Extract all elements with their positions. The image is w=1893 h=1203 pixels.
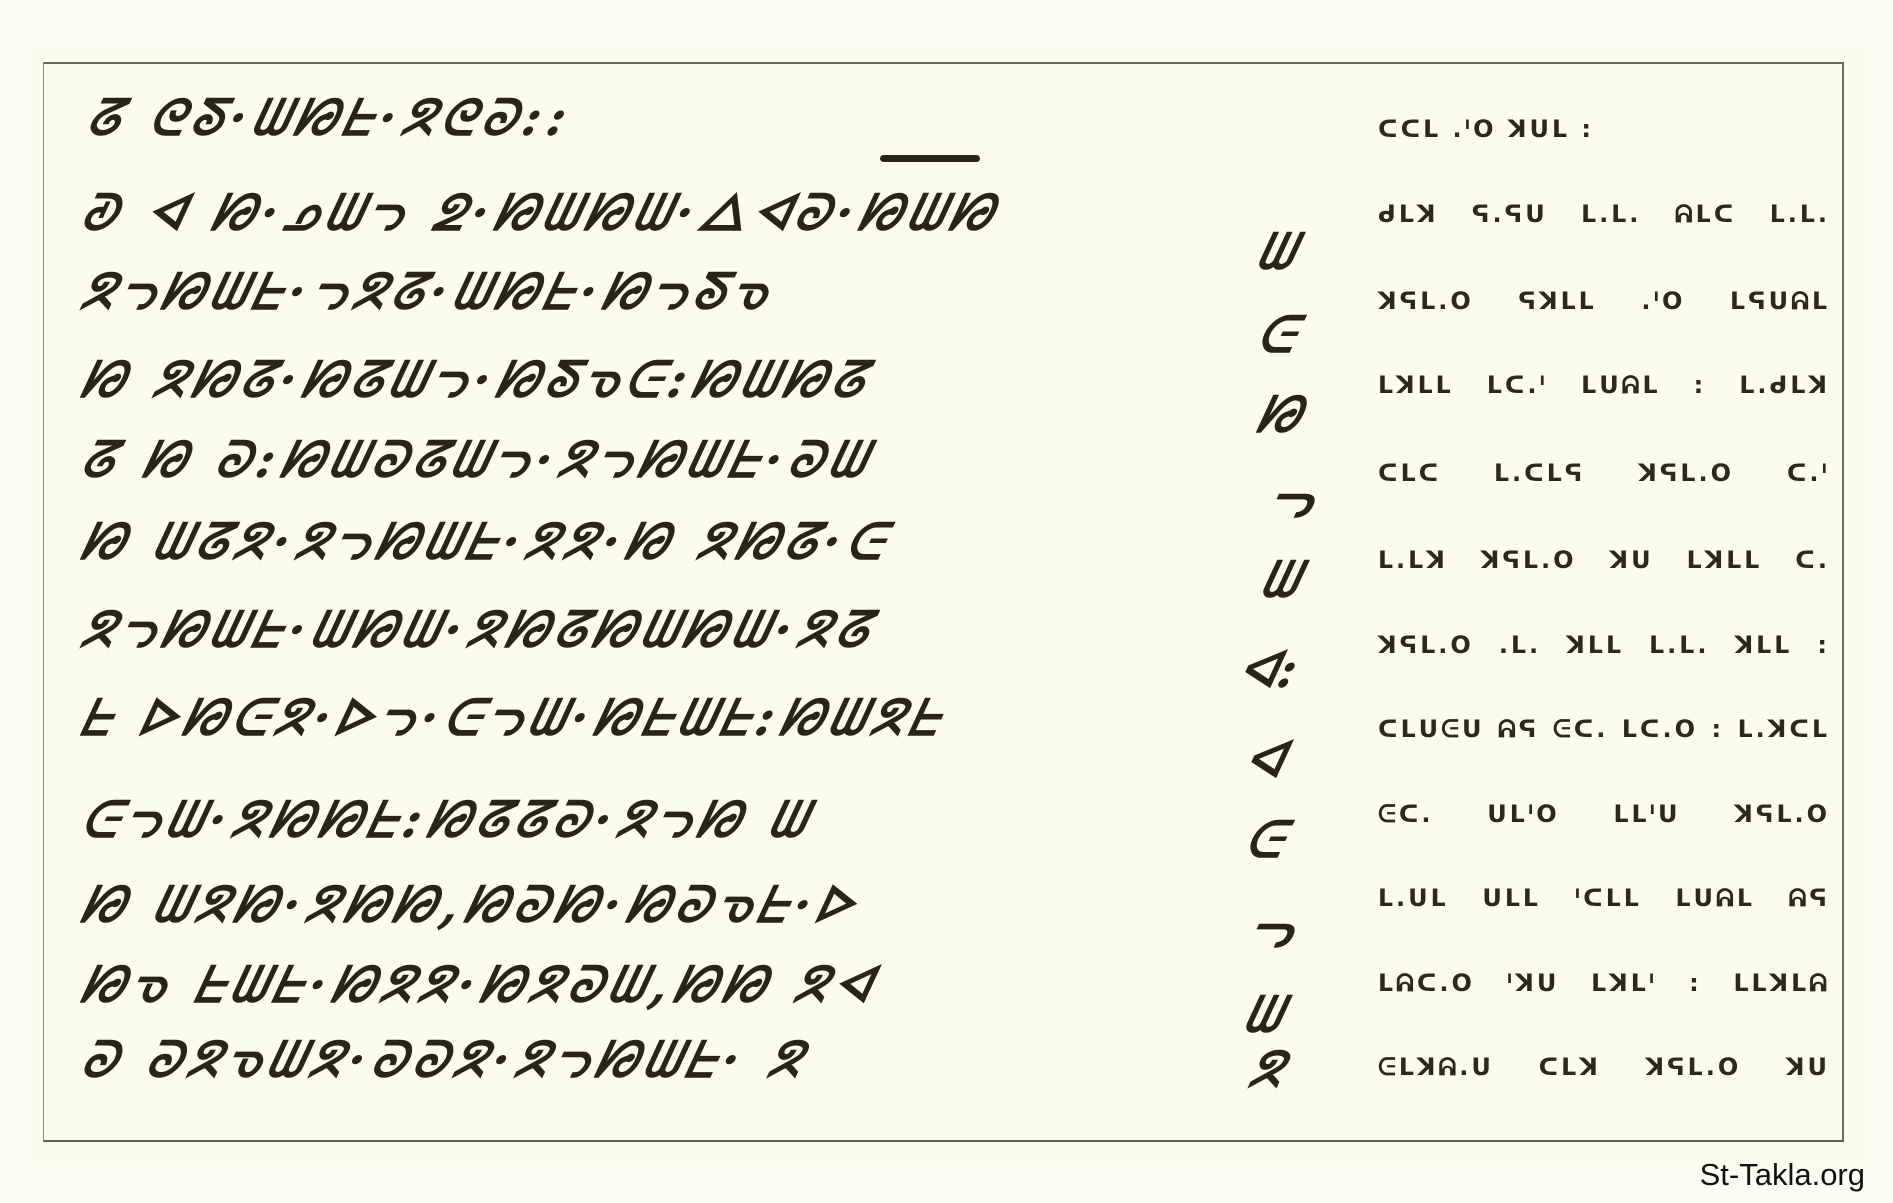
site-watermark: St-Takla.org <box>1700 1157 1865 1193</box>
inscription-line-4: ᘙ ᘝᘙᘔ·ᘙᘔᗯᓓ·ᘙᘕᓀᕮ:ᘙᗯᘙᘔ <box>76 350 877 410</box>
inscription-line-10: ᘙ ᗯᘝᘙ·ᘝᘙᘙ,ᘙᘐᘙ·ᘙᘐᓀᖶ·ᐅ <box>76 875 866 935</box>
transcription-line-3: ꓘᕋᒪ.O ᕋꓘᒪᒪ .ᑊO ᒪᕋᑌᕱᒪ <box>1378 287 1830 315</box>
inscription-line-1: ᘔ ᘓᘕ·ᗯᘙᖶ·ᘝᘓᘐ:: <box>82 88 579 148</box>
transcription-line-7: ꓘᕋᒪ.O .ᒪ. ꓘᒪᒪ ᒪ.ᒪ. ꓘᒪᒪ : <box>1378 631 1830 659</box>
transcription-line-5: ᑕᒪᑕ ᒪ.ᑕᒪᕋ ꓘᕋᒪ.O ᑕ.ᑊ <box>1378 459 1830 487</box>
transcription-line-1: ᑕᑕᒪ .ᑊO ꓘᑌᒪ : <box>1378 115 1638 143</box>
transcription-line-8: ᑕᒪᑌᕮᑌ ᕱᕋ ᕮᑕ. ᒪᑕ.O : ᒪ.ꓘᑕᒪ <box>1378 715 1830 743</box>
transcription-line-2: ᑯᒪꓘ ᕋ.ᕋᑌ ᒪ.ᒪ. ᕱᒪᑕ ᒪ.ᒪ. <box>1378 200 1830 228</box>
inscription-line-3: ᘝᓓᘙᗯᖶ·ᓓᘝᘔ·ᗯᘙᖶ·ᘙᓓᘕᓀ <box>76 262 780 322</box>
inscription-line-6: ᘙ ᗯᘔᘝ·ᘝᓓᘙᗯᖶ·ᘝᘝ·ᘙ ᘝᘙᘔ·ᕮ <box>76 512 896 572</box>
line-end-stroke <box>880 155 980 162</box>
inscription-line-9: ᕮᓓᗯ·ᘝᘙᘙᖶ:ᘙᘔᘔᘐ·ᘝᓓᘙ ᗯ <box>76 790 818 850</box>
inscription-line-11: ᘙᓀ ᖶᗯᖶ·ᘙᘝᘝ·ᘙᘝᘐᗯ,ᘙᘙ ᘝᐊ <box>76 955 882 1015</box>
inscription-line-7: ᘝᓓᘙᗯᖶ·ᗯᘙᗯ·ᘝᘙᘔᘙᗯᘙᗯ·ᘝᘔ <box>76 600 881 660</box>
inscription-line-8: ᖶ ᐅᘙᕮᘝ·ᐅᓓ·ᕮᓓᗯ·ᘙᖶᗯᖶ:ᘙᗯᘝᖶ <box>76 688 952 748</box>
transcription-line-6: ᒪ.ᒪꓘ ꓘᕋᒪ.O ꓘᑌ ᒪꓘᒪᒪ ᑕ. <box>1378 546 1830 574</box>
transcription-line-11: ᒪᕱᑕ.O ᑊꓘᑌ ᒪꓘᒪᑊ : ᒪᒪꓘᒪᕱ <box>1378 969 1830 997</box>
inscription-line-5: ᘔ ᘙ ᘐ:ᘙᗯᘐᘔᗯᓓ·ᘝᓓᘙᗯᖶ·ᘐᗯ <box>76 430 878 490</box>
transcription-line-12: ᕮᒪꓘᕱ.ᑌ ᑕᒪꓘ ꓘᕋᒪ.O ꓘᑌ <box>1378 1053 1830 1081</box>
transcription-line-10: ᒪ.ᑌᒪ ᑌᒪᒪ ᑊᑕᒪᒪ ᒪᑌᕱᒪ ᕱᕋ <box>1378 884 1830 912</box>
transcription-line-4: ᒪꓘᒪᒪ ᒪᑕ.ᑊ ᒪᑌᕱᒪ : ᒪ.ᑯᒪꓘ <box>1378 371 1830 399</box>
transcription-line-9: ᕮᑕ. ᑌᒪᑊO ᒪᒪᑊᑌ ꓘᕋᒪ.O <box>1378 800 1830 828</box>
inscription-line-2: ᘑ ᐊ ᘙ·ᓄᗯᓓ ᘖ·ᘙᗯᘙᗯ·ᐃᐊᘐ·ᘙᗯᘙ <box>76 183 1005 243</box>
inscription-line-12: ᘐ ᘐᘝᓀᗯᘝ·ᘐᘐᘝ·ᘝᓓᘙᗯᖶ· ᘝ <box>76 1030 814 1090</box>
